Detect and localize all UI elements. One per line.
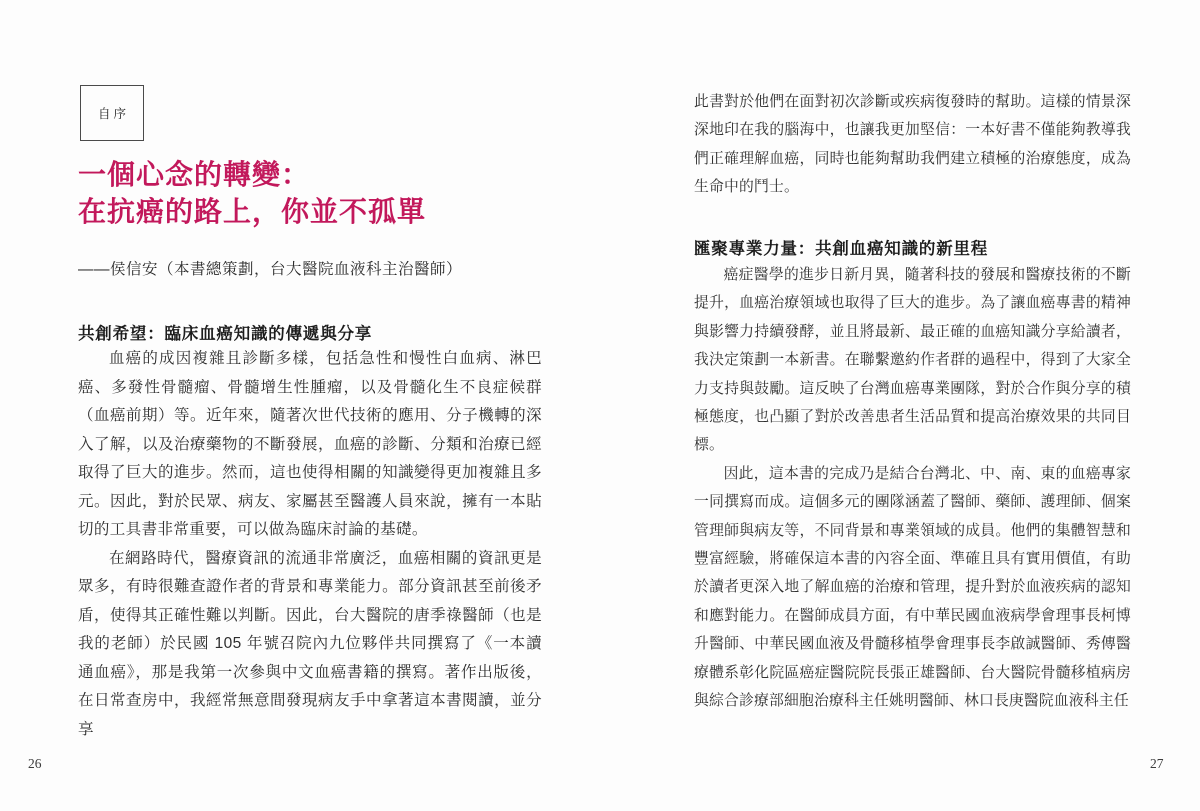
body-paragraph: 癌症醫學的進步日新月異，隨著科技的發展和醫療技術的不斷提升，血癌治療領域也取得了… xyxy=(694,261,1131,460)
page-number-left: 26 xyxy=(28,756,42,772)
book-spread: 自序 一個心念的轉變： 在抗癌的路上，你並不孤單 ——侯信安（本書總策劃，台大醫… xyxy=(0,0,1200,811)
section-heading-right: 匯聚專業力量：共創血癌知識的新里程 xyxy=(694,236,988,262)
preface-label: 自序 xyxy=(95,104,129,122)
page-number-right: 27 xyxy=(1150,756,1164,772)
author-byline: ——侯信安（本書總策劃，台大醫院血液科主治醫師） xyxy=(78,257,462,279)
page-left: 自序 一個心念的轉變： 在抗癌的路上，你並不孤單 ——侯信安（本書總策劃，台大醫… xyxy=(78,85,542,785)
preface-label-box: 自序 xyxy=(80,85,144,141)
body-text-left: 血癌的成因複雜且診斷多樣，包括急性和慢性白血病、淋巴癌、多發性骨髓瘤、骨髓增生性… xyxy=(78,345,542,744)
body-paragraph: 在網路時代，醫療資訊的流通非常廣泛，血癌相關的資訊更是眾多，有時很難查證作者的背… xyxy=(78,545,542,745)
chapter-title: 一個心念的轉變： 在抗癌的路上，你並不孤單 xyxy=(78,157,426,231)
body-text-right-top: 此書對於他們在面對初次診斷或疾病復發時的幫助。這樣的情景深深地印在我的腦海中，也… xyxy=(694,88,1131,202)
body-paragraph: 此書對於他們在面對初次診斷或疾病復發時的幫助。這樣的情景深深地印在我的腦海中，也… xyxy=(694,88,1131,202)
chapter-title-line-1: 一個心念的轉變： xyxy=(78,160,310,191)
body-text-right-bottom: 癌症醫學的進步日新月異，隨著科技的發展和醫療技術的不斷提升，血癌治療領域也取得了… xyxy=(694,261,1131,716)
chapter-title-line-2: 在抗癌的路上，你並不孤單 xyxy=(78,197,426,228)
body-paragraph: 因此，這本書的完成乃是結合台灣北、中、南、東的血癌專家一同撰寫而成。這個多元的團… xyxy=(694,460,1131,716)
page-right: 此書對於他們在面對初次診斷或疾病復發時的幫助。這樣的情景深深地印在我的腦海中，也… xyxy=(694,84,1131,784)
section-heading-left: 共創希望：臨床血癌知識的傳遞與分享 xyxy=(78,321,372,347)
body-paragraph: 血癌的成因複雜且診斷多樣，包括急性和慢性白血病、淋巴癌、多發性骨髓瘤、骨髓增生性… xyxy=(78,345,542,545)
